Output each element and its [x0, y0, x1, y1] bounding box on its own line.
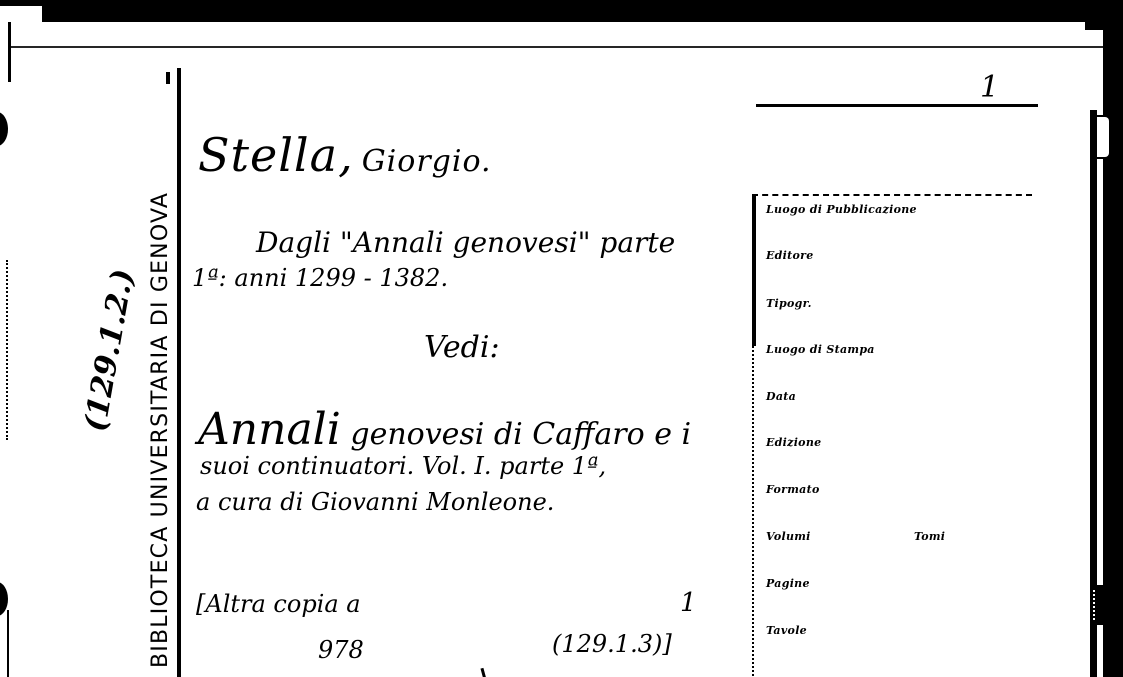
library-stamp: BIBLIOTECA UNIVERSITARIA DI GENOVA [148, 192, 173, 668]
field-luogo-pubblicazione: Luogo di Pubblicazione [766, 203, 917, 216]
title-line-2: 1ª: anni 1299 - 1382. [192, 264, 448, 292]
fields-left-rule [752, 196, 756, 346]
reference-initial-word: Annali [198, 404, 341, 455]
title-line-1: Dagli "Annali genovesi" parte [256, 226, 675, 259]
see-reference-label: Vedi: [424, 330, 500, 365]
scan-top-notch [0, 6, 42, 22]
other-copy-annotation: 1 [680, 588, 697, 618]
reference-line-2: suoi continuatori. Vol. I. parte 1ª, [200, 452, 606, 480]
field-editore: Editore [766, 249, 814, 262]
card-tick-mark [166, 72, 170, 84]
card-top-rule [8, 46, 1116, 48]
scan-top-border [0, 0, 1123, 22]
field-edizione: Edizione [766, 436, 821, 449]
field-tavole: Tavole [766, 624, 807, 637]
field-tipografo: Tipogr. [766, 297, 812, 310]
author-heading: Stella,Giorgio. [198, 128, 492, 182]
fields-top-rule [752, 194, 1032, 196]
other-copy-number: 978 [318, 636, 364, 664]
field-pagine: Pagine [766, 577, 810, 590]
reference-line-1-rest: genovesi di Caffaro e i [341, 417, 691, 452]
reference-line-3: a cura di Giovanni Monleone. [196, 488, 554, 516]
field-tomi: Tomi [914, 530, 945, 543]
card-clip-top [1097, 115, 1111, 159]
other-copy-label: [Altra copia a [196, 590, 361, 618]
stamp-rule [177, 68, 181, 677]
author-forename: Giorgio. [362, 144, 492, 179]
field-volumi: Volumi [766, 530, 811, 543]
other-copy-shelfmark: (129.1.3)] [552, 630, 672, 658]
field-formato: Formato [766, 483, 820, 496]
reference-line-1: Annali genovesi di Caffaro e i [198, 404, 691, 455]
card-clip-detail [1093, 590, 1101, 620]
card-left-perforation [6, 260, 10, 440]
field-luogo-stampa: Luogo di Stampa [766, 343, 875, 356]
card-left-edge [8, 22, 11, 82]
fields-left-rule-dotted [752, 346, 756, 676]
card-left-edge-bottom [7, 610, 9, 677]
card-number: 1 [980, 70, 999, 105]
author-surname: Stella, [198, 128, 354, 182]
field-data: Data [766, 390, 796, 403]
punch-hole-top [0, 112, 8, 146]
shelfmark-left: (129.1.2.) [78, 266, 141, 434]
pen-stroke-mark [480, 668, 486, 677]
